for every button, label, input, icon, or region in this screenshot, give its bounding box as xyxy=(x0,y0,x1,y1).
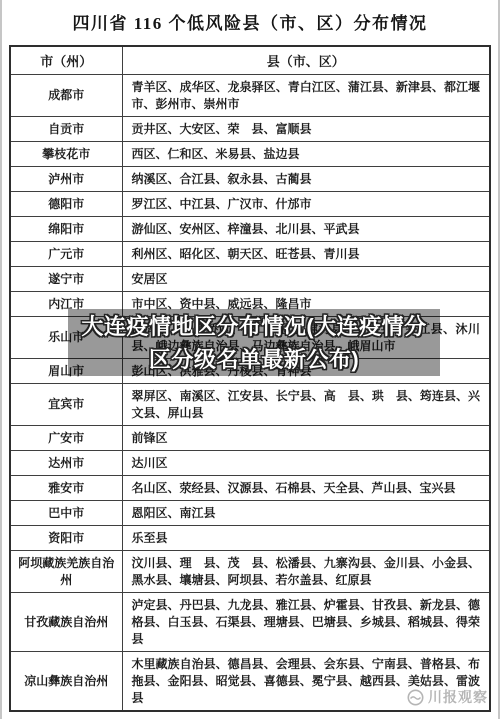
city-cell: 甘孜藏族自治州 xyxy=(10,593,122,652)
table-body: 成都市 青羊区、成华区、龙泉驿区、青白江区、蒲江县、新津县、都江堰市、彭州市、崇… xyxy=(10,75,490,712)
table-row: 甘孜藏族自治州 泸定县、丹巴县、九龙县、雅江县、炉霍县、甘孜县、新龙县、德格县、… xyxy=(10,593,490,652)
brand-watermark: 川报观察 xyxy=(407,687,488,707)
table-row: 广元市 利州区、昭化区、朝天区、旺苍县、青川县 xyxy=(10,242,490,267)
city-cell: 成都市 xyxy=(10,75,122,117)
table-row: 雅安市 名山区、荥经县、汉源县、石棉县、天全县、芦山县、宝兴县 xyxy=(10,476,490,501)
counties-cell: 达川区 xyxy=(122,451,490,476)
counties-cell: 利州区、昭化区、朝天区、旺苍县、青川县 xyxy=(122,242,490,267)
table-row: 攀枝花市 西区、仁和区、米易县、盐边县 xyxy=(10,142,490,167)
table-row: 自贡市 贡井区、大安区、荣 县、富顺县 xyxy=(10,117,490,142)
table-header-row: 市（州） 县（市、区） xyxy=(10,46,490,75)
table-row: 遂宁市 安居区 xyxy=(10,267,490,292)
table-row: 宜宾市 翠屏区、南溪区、江安县、长宁县、高 县、珙 县、筠连县、兴文县、屏山县 xyxy=(10,384,490,426)
table-row: 阿坝藏族羌族自治州 汶川县、理 县、茂 县、松潘县、九寨沟县、金川县、小金县、黑… xyxy=(10,551,490,593)
city-cell: 攀枝花市 xyxy=(10,142,122,167)
table-row: 泸州市 纳溪区、合江县、叙永县、古蔺县 xyxy=(10,167,490,192)
counties-cell: 恩阳区、南江县 xyxy=(122,501,490,526)
city-cell: 泸州市 xyxy=(10,167,122,192)
risk-table: 市（州） 县（市、区） 成都市 青羊区、成华区、龙泉驿区、青白江区、蒲江县、新津… xyxy=(9,45,491,712)
counties-cell: 游仙区、安州区、梓潼县、北川县、平武县 xyxy=(122,217,490,242)
city-column-header: 市（州） xyxy=(10,46,122,75)
table-row: 资阳市 乐至县 xyxy=(10,526,490,551)
brand-watermark-label: 川报观察 xyxy=(428,687,488,707)
counties-cell: 贡井区、大安区、荣 县、富顺县 xyxy=(122,117,490,142)
city-cell: 达州市 xyxy=(10,451,122,476)
city-cell: 雅安市 xyxy=(10,476,122,501)
table-row: 绵阳市 游仙区、安州区、梓潼县、北川县、平武县 xyxy=(10,217,490,242)
chuanbao-logo-icon xyxy=(407,689,424,706)
table-row: 巴中市 恩阳区、南江县 xyxy=(10,501,490,526)
page-title: 四川省 116 个低风险县（市、区）分布情况 xyxy=(2,0,498,34)
counties-cell: 安居区 xyxy=(122,267,490,292)
city-cell: 广安市 xyxy=(10,426,122,451)
city-cell: 宜宾市 xyxy=(10,384,122,426)
city-cell: 巴中市 xyxy=(10,501,122,526)
counties-cell: 西区、仁和区、米易县、盐边县 xyxy=(122,142,490,167)
counties-column-header: 县（市、区） xyxy=(122,46,490,75)
city-cell: 阿坝藏族羌族自治州 xyxy=(10,551,122,593)
overlay-text-line2: 区分级名单最新公布) xyxy=(68,343,440,376)
city-cell: 资阳市 xyxy=(10,526,122,551)
counties-cell: 前锋区 xyxy=(122,426,490,451)
city-cell: 凉山彝族自治州 xyxy=(10,652,122,712)
table-row: 达州市 达川区 xyxy=(10,451,490,476)
article-page: 四川省 116 个低风险县（市、区）分布情况 市（州） 县（市、区） 成都市 青… xyxy=(0,0,500,719)
counties-cell: 泸定县、丹巴县、九龙县、雅江县、炉霍县、甘孜县、新龙县、德格县、白玉县、石渠县、… xyxy=(122,593,490,652)
table-row: 德阳市 罗江区、中江县、广汉市、什邡市 xyxy=(10,192,490,217)
counties-cell: 汶川县、理 县、茂 县、松潘县、九寨沟县、金川县、小金县、黑水县、壤塘县、阿坝县… xyxy=(122,551,490,593)
table-row: 广安市 前锋区 xyxy=(10,426,490,451)
table-row: 成都市 青羊区、成华区、龙泉驿区、青白江区、蒲江县、新津县、都江堰市、彭州市、崇… xyxy=(10,75,490,117)
overlay-text-line1: 大连疫情地区分布情况(大连疫情分 xyxy=(68,310,440,343)
city-cell: 自贡市 xyxy=(10,117,122,142)
counties-cell: 纳溪区、合江县、叙永县、古蔺县 xyxy=(122,167,490,192)
counties-cell: 乐至县 xyxy=(122,526,490,551)
city-cell: 德阳市 xyxy=(10,192,122,217)
city-cell: 绵阳市 xyxy=(10,217,122,242)
counties-cell: 翠屏区、南溪区、江安县、长宁县、高 县、珙 县、筠连县、兴文县、屏山县 xyxy=(122,384,490,426)
city-cell: 广元市 xyxy=(10,242,122,267)
city-cell: 遂宁市 xyxy=(10,267,122,292)
counties-cell: 名山区、荥经县、汉源县、石棉县、天全县、芦山县、宝兴县 xyxy=(122,476,490,501)
counties-cell: 罗江区、中江县、广汉市、什邡市 xyxy=(122,192,490,217)
watermark-overlay: 大连疫情地区分布情况(大连疫情分 区分级名单最新公布) xyxy=(68,309,440,376)
counties-cell: 青羊区、成华区、龙泉驿区、青白江区、蒲江县、新津县、都江堰市、彭州市、崇州市 xyxy=(122,75,490,117)
